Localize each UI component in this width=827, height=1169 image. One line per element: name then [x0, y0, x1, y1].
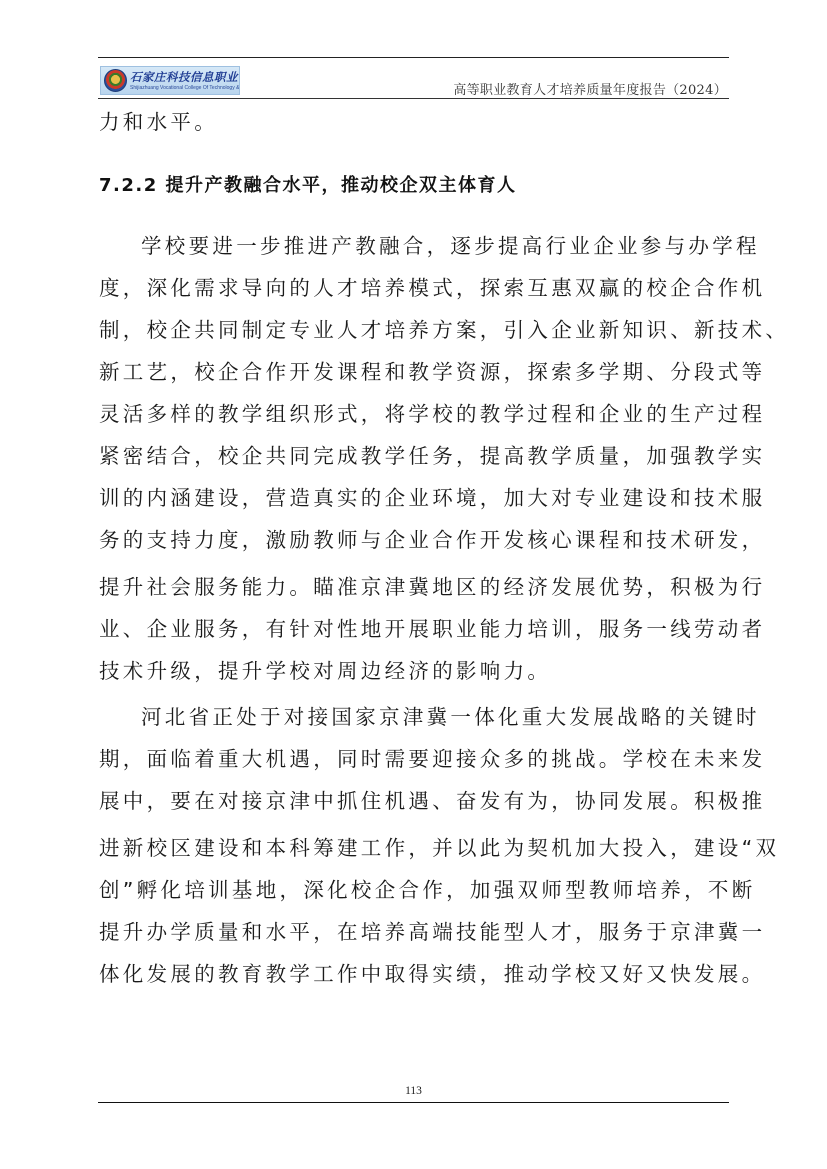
paragraph-line: 创”孵化培训基地，深化校企合作，加强双师型教师培养，不断 [99, 878, 729, 902]
paragraph-line: 新工艺，校企合作开发课程和教学资源，探索多学期、分段式等 [99, 360, 729, 384]
paragraph-line: 度，深化需求导向的人才培养模式，探索互惠双赢的校企合作机 [99, 276, 729, 300]
logo-name-cn: 石家庄科技信息职业学院 [130, 69, 240, 85]
paragraph-line: 训的内涵建设，营造真实的企业环境，加大对专业建设和技术服 [99, 486, 729, 510]
paragraph-line: 河北省正处于对接国家京津冀一体化重大发展战略的关键时 [141, 705, 729, 729]
paragraph-line: 体化发展的教育教学工作中取得实绩，推动学校又好又快发展。 [99, 962, 729, 986]
college-logo: 石家庄科技信息职业学院 Shijiazhuang Vocational Coll… [100, 66, 240, 95]
paragraph-line: 紧密结合，校企共同完成教学任务，提高教学质量，加强教学实 [99, 444, 729, 468]
paragraph-line: 提升社会服务能力。瞄准京津冀地区的经济发展优势，积极为行 [99, 575, 729, 599]
page-number: 113 [0, 1085, 827, 1097]
paragraph-line: 技术升级，提升学校对周边经济的影响力。 [99, 659, 729, 683]
school-emblem-icon [104, 69, 127, 92]
top-rule [98, 57, 729, 58]
paragraph-line: 提升办学质量和水平，在培养高端技能型人才，服务于京津冀一 [99, 920, 729, 944]
paragraph-line: 制，校企共同制定专业人才培养方案，引入企业新知识、新技术、 [99, 318, 729, 342]
paragraph-line: 展中，要在对接京津中抓住机遇、奋发有为，协同发展。积极推 [99, 789, 729, 813]
header-rule [98, 98, 729, 99]
paragraph-line: 学校要进一步推进产教融合，逐步提高行业企业参与办学程 [141, 234, 729, 258]
paragraph-line: 务的支持力度，激励教师与企业合作开发核心课程和技术研发， [99, 528, 729, 552]
logo-name-en: Shijiazhuang Vocational College Of Techn… [130, 85, 240, 91]
paragraph-line: 进新校区建设和本科筹建工作，并以此为契机加大投入，建设“双 [99, 836, 729, 860]
paragraph-line: 期，面临着重大机遇，同时需要迎接众多的挑战。学校在未来发 [99, 747, 729, 771]
paragraph-line: 业、企业服务，有针对性地开展职业能力培训，服务一线劳动者 [99, 617, 729, 641]
footer-rule [98, 1102, 729, 1103]
paragraph-line: 灵活多样的教学组织形式，将学校的教学过程和企业的生产过程 [99, 402, 729, 426]
section-heading: 7.2.2 提升产教融合水平，推动校企双主体育人 [99, 171, 517, 197]
continuation-line: 力和水平。 [99, 110, 729, 134]
report-title: 高等职业教育人才培养质量年度报告（2024） [453, 79, 727, 98]
